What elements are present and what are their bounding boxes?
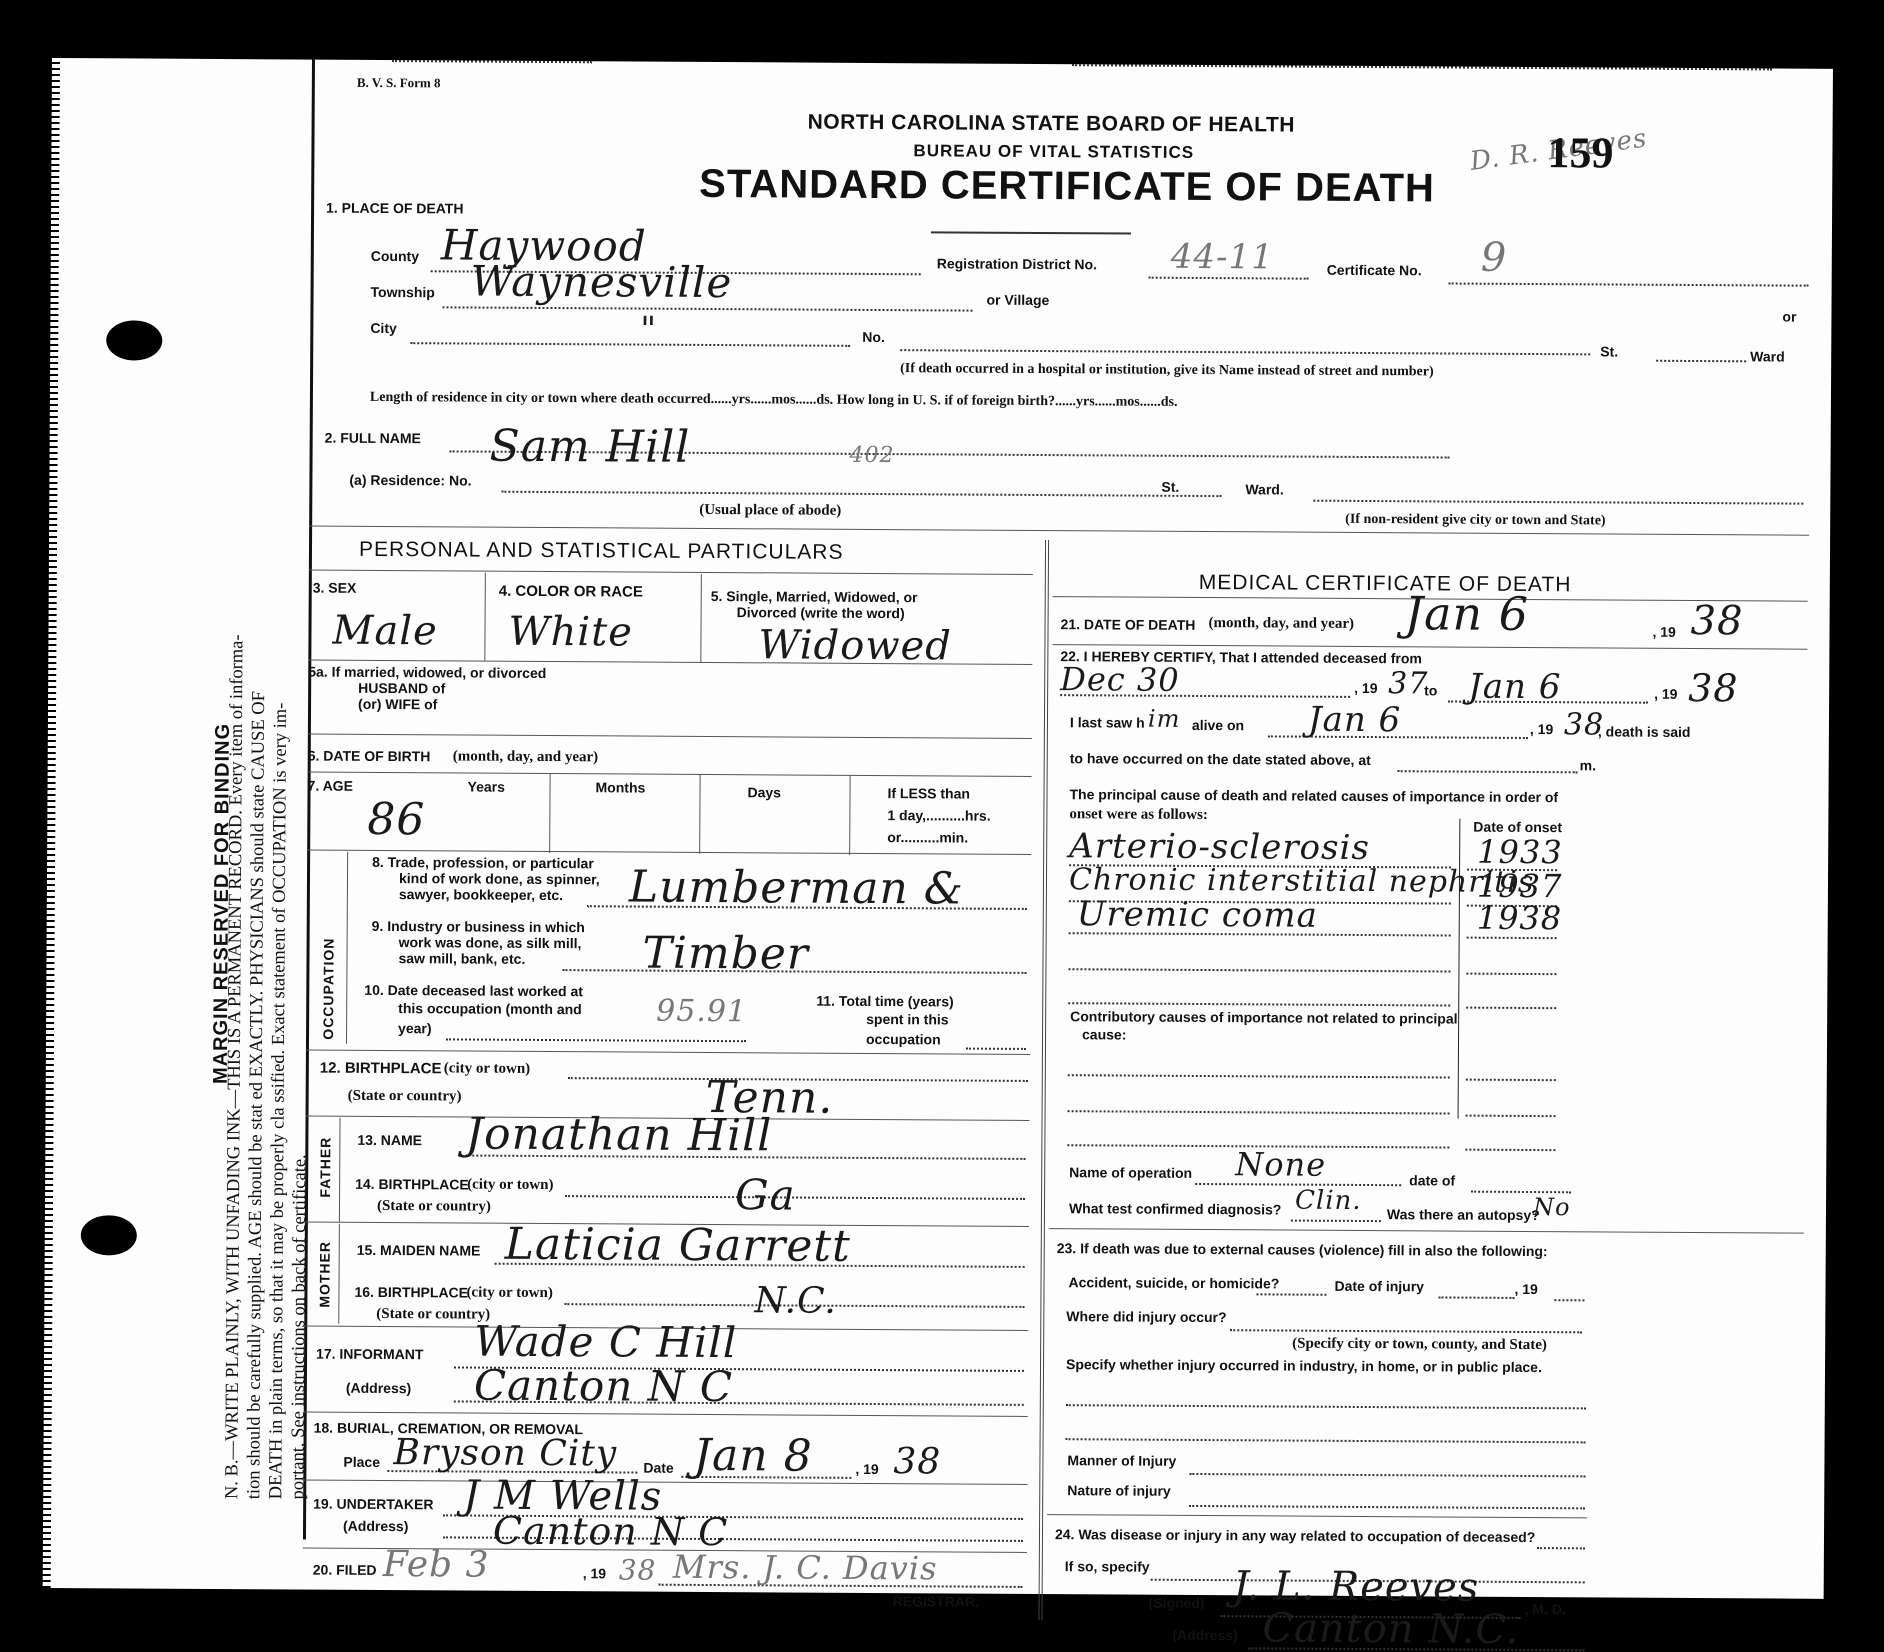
last-worked-value: 95.91	[656, 994, 747, 1030]
binding-margin: MARGIN RESERVED FOR BINDING N. B.—WRITE …	[49, 58, 303, 1589]
spouse-label: 5a. If married, widowed, or divorced	[308, 664, 546, 681]
mother-side-label: MOTHER	[316, 1241, 332, 1308]
no-label: No.	[862, 329, 885, 345]
last-saw-value: Jan 6	[1308, 700, 1401, 741]
trade-label: 8. Trade, profession, or particular	[372, 854, 594, 871]
operation-date-label: date of	[1409, 1172, 1455, 1188]
mother-name-label: 15. MAIDEN NAME	[357, 1242, 481, 1259]
spouse-wife-label: (or) WIFE of	[358, 696, 437, 712]
occupation-related-label: 24. Was disease or injury in any way rel…	[1055, 1526, 1535, 1545]
industry-label: 9. Industry or business in which	[372, 918, 585, 935]
county-label: County	[371, 248, 419, 264]
injury-date-label: Date of injury	[1334, 1278, 1424, 1295]
father-bp-state-note: (State or country)	[377, 1198, 491, 1216]
father-name-label: 13. NAME	[357, 1132, 422, 1148]
specify-injury-label: Specify whether injury occurred in indus…	[1066, 1356, 1542, 1375]
full-name-annotation: 402	[850, 443, 895, 468]
spouse-husband-label: HUSBAND of	[358, 680, 445, 697]
residence-label: (a) Residence: No.	[349, 472, 471, 489]
birthplace-label: 12. BIRTHPLACE	[320, 1060, 442, 1078]
industry-label-2: work was done, as silk mill,	[399, 934, 582, 951]
death-said-label: , death is said	[1598, 723, 1691, 740]
st-label: St.	[1600, 343, 1618, 359]
father-bp-city-note: (city or town)	[467, 1177, 553, 1195]
reg-district-value: 44-11	[1171, 237, 1274, 278]
township-value: Waynesville	[470, 257, 732, 308]
birthplace-city-note: (city or town)	[444, 1060, 530, 1078]
external-causes-label: 23. If death was due to external causes …	[1057, 1240, 1548, 1259]
burial-year-value: 38	[893, 1441, 941, 1482]
residence-st-label: St.	[1161, 479, 1179, 495]
sex-label: 3. SEX	[313, 580, 357, 596]
filed-label: 20. FILED	[313, 1562, 377, 1578]
less-than-label: If LESS than	[887, 785, 970, 802]
place-of-death-label: 1. PLACE OF DEATH	[326, 200, 464, 217]
last-worked-label-2: this occupation (month and	[398, 1000, 582, 1017]
contributory-label-2: cause:	[1082, 1026, 1126, 1042]
where-injury-note: (Specify city or town, county, and State…	[1292, 1336, 1547, 1355]
trade-label-2: kind of work done, as spinner,	[399, 870, 600, 887]
total-time-label-2: spent in this	[866, 1011, 949, 1028]
registrar-signature: Mrs. J. C. Davis	[673, 1548, 938, 1588]
nonresident-note: (If non-resident give city or town and S…	[1345, 512, 1606, 530]
marital-label-2: Divorced (write the word)	[737, 604, 905, 621]
physician-address-label: (Address)	[1172, 1627, 1237, 1643]
cause-text: Uremic coma	[1077, 894, 1318, 935]
mother-birthplace-value: N.C.	[754, 1280, 837, 1322]
industry-label-3: saw mill, bank, etc.	[398, 950, 525, 967]
from-year-prefix: , 19	[1354, 680, 1377, 696]
father-birthplace-label: 14. BIRTHPLACE	[355, 1176, 469, 1193]
date-of-death-year: 38	[1690, 598, 1743, 644]
ward-label: Ward	[1750, 348, 1785, 364]
mother-bp-state-note: (State or country)	[376, 1306, 490, 1324]
burial-place-value: Bryson City	[393, 1432, 617, 1474]
cause-intro-2: onset were as follows:	[1069, 806, 1208, 824]
mother-bp-city-note: (city or town)	[466, 1285, 552, 1303]
manner-injury-label: Manner of Injury	[1067, 1452, 1176, 1469]
operation-value: None	[1235, 1145, 1326, 1184]
age-label: 7. AGE	[308, 778, 353, 794]
autopsy-value: No	[1533, 1193, 1571, 1221]
dob-label: 6. DATE OF BIRTH	[308, 748, 431, 765]
or-label: or	[1782, 309, 1796, 325]
where-injury-label: Where did injury occur?	[1066, 1308, 1226, 1325]
cause-intro: The principal cause of death and related…	[1069, 786, 1558, 805]
trade-label-3: sawyer, bookkeeper, etc.	[399, 886, 563, 903]
title-underline	[931, 231, 1131, 234]
stamp-number: 159	[1547, 127, 1613, 178]
father-side-label: FATHER	[317, 1137, 333, 1198]
race-label: 4. COLOR OR RACE	[499, 583, 643, 601]
test-value: Clin.	[1295, 1186, 1362, 1216]
board-name: NORTH CAROLINA STATE BOARD OF HEALTH	[808, 111, 1295, 138]
operation-label: Name of operation	[1069, 1164, 1192, 1181]
attended-from-year: 37	[1388, 666, 1428, 701]
physician-address-value: Canton N.C.	[1262, 1605, 1519, 1652]
date-of-death-label: 21. DATE OF DEATH	[1061, 616, 1196, 633]
date-of-death-value: Jan 6	[1404, 586, 1529, 641]
attended-to-value: Jan 6	[1468, 667, 1561, 708]
death-certificate: MARGIN RESERVED FOR BINDING N. B.—WRITE …	[49, 58, 1833, 1599]
burial-place-label: Place	[343, 1454, 380, 1470]
page-title: STANDARD CERTIFICATE OF DEATH	[699, 162, 1435, 211]
if-so-label: If so, specify	[1065, 1558, 1150, 1575]
father-name-value: Jonathan Hill	[465, 1109, 772, 1162]
attended-from-value: Dec 30	[1060, 660, 1180, 699]
residence-ward-label: Ward.	[1245, 481, 1283, 497]
personal-section-title: PERSONAL AND STATISTICAL PARTICULARS	[359, 538, 844, 565]
city-value: "	[640, 310, 657, 350]
filed-year-prefix: , 19	[583, 1565, 606, 1581]
injury-year-prefix: , 19	[1514, 1281, 1537, 1297]
signed-label: (Signed)	[1149, 1595, 1205, 1611]
autopsy-label: Was there an autopsy?	[1387, 1206, 1540, 1223]
mother-birthplace-label: 16. BIRTHPLACE	[354, 1284, 468, 1301]
days-label: Days	[747, 784, 781, 800]
undertaker-address-label: (Address)	[343, 1518, 408, 1534]
date-of-death-note: (month, day, and year)	[1209, 615, 1355, 633]
mother-name-value: Laticia Garrett	[505, 1219, 851, 1272]
reg-district-label: Registration District No.	[937, 255, 1097, 272]
marital-label: 5. Single, Married, Widowed, or	[711, 588, 918, 605]
industry-value: Timber	[642, 928, 809, 980]
months-label: Months	[596, 779, 646, 795]
occurred-label: to have occurred on the date stated abov…	[1070, 750, 1371, 768]
cause-onset: 1938	[1477, 899, 1563, 938]
full-name-value: Sam Hill	[489, 421, 690, 473]
registrar-label: REGISTRAR.	[893, 1593, 979, 1610]
full-name-label: 2. FULL NAME	[325, 430, 421, 447]
to-year-prefix: , 19	[1654, 686, 1677, 702]
form-id: B. V. S. Form 8	[357, 75, 441, 92]
trade-value: Lumberman &	[629, 862, 964, 915]
burial-date-value: Jan 8	[693, 1430, 813, 1482]
last-saw-label-2: alive on	[1192, 717, 1244, 733]
undertaker-label: 19. UNDERTAKER	[313, 1496, 433, 1513]
dob-note: (month, day, and year)	[453, 748, 599, 766]
birthplace-state-note: (State or country)	[348, 1088, 462, 1106]
column-divider	[1038, 540, 1049, 1620]
sex-value: Male	[332, 608, 438, 655]
father-birthplace-value: Ga	[735, 1170, 796, 1219]
years-label: Years	[468, 779, 505, 795]
less-hrs-label: 1 day,..........hrs.	[887, 807, 990, 824]
onset-column-rule	[1458, 819, 1461, 1119]
race-value: White	[508, 609, 633, 656]
informant-label: 17. INFORMANT	[316, 1346, 423, 1363]
accident-label: Accident, suicide, or homicide?	[1068, 1274, 1279, 1291]
informant-address-value: Canton N C	[474, 1361, 733, 1412]
certificate-label: Certificate No.	[1327, 262, 1422, 279]
hospital-note: (If death occurred in a hospital or inst…	[900, 361, 1434, 380]
city-label: City	[370, 320, 397, 336]
dod-year-prefix: , 19	[1652, 624, 1675, 640]
filed-date-value: Feb 3	[383, 1544, 490, 1586]
last-saw-label: I last saw h	[1070, 714, 1145, 730]
last-saw-pronoun: im	[1148, 705, 1181, 733]
bureau-name: BUREAU OF VITAL STATISTICS	[913, 141, 1194, 163]
last-worked-label-3: year)	[398, 1020, 432, 1036]
burial-year-prefix: , 19	[855, 1461, 878, 1477]
physician-signature: J. L. Reeves	[1233, 1563, 1480, 1611]
age-years-value: 86	[367, 794, 425, 845]
attended-to-year: 38	[1688, 666, 1739, 710]
residence-length: Length of residence in city or town wher…	[370, 390, 1178, 411]
informant-value: Wade C Hill	[474, 1317, 737, 1368]
occurred-suffix: m.	[1580, 757, 1596, 773]
informant-address-label: (Address)	[346, 1380, 411, 1396]
village-label: or Village	[986, 292, 1049, 308]
total-time-label-3: occupation	[866, 1031, 941, 1047]
total-time-label: 11. Total time (years)	[816, 993, 954, 1010]
abode-note: (Usual place of abode)	[699, 502, 841, 520]
certificate-form: B. V. S. Form 8 NORTH CAROLINA STATE BOA…	[303, 60, 1833, 1599]
instructions-note: N. B.—WRITE PLAINLY, WITH UNFADING INK—T…	[221, 79, 318, 1500]
nature-injury-label: Nature of injury	[1067, 1482, 1171, 1499]
md-label: , M. D.	[1525, 1601, 1566, 1617]
less-min-label: or..........min.	[887, 829, 968, 845]
to-label: to	[1424, 682, 1437, 698]
last-worked-label: 10. Date deceased last worked at	[364, 982, 583, 999]
last-saw-year-prefix: , 19	[1530, 721, 1553, 737]
township-label: Township	[371, 284, 435, 300]
filed-year-value: 38	[619, 1553, 657, 1586]
test-label: What test confirmed diagnosis?	[1069, 1200, 1281, 1217]
certificate-value: 9	[1481, 235, 1508, 281]
occupation-side-label: OCCUPATION	[320, 938, 337, 1040]
contributory-label: Contributory causes of importance not re…	[1070, 1008, 1457, 1026]
